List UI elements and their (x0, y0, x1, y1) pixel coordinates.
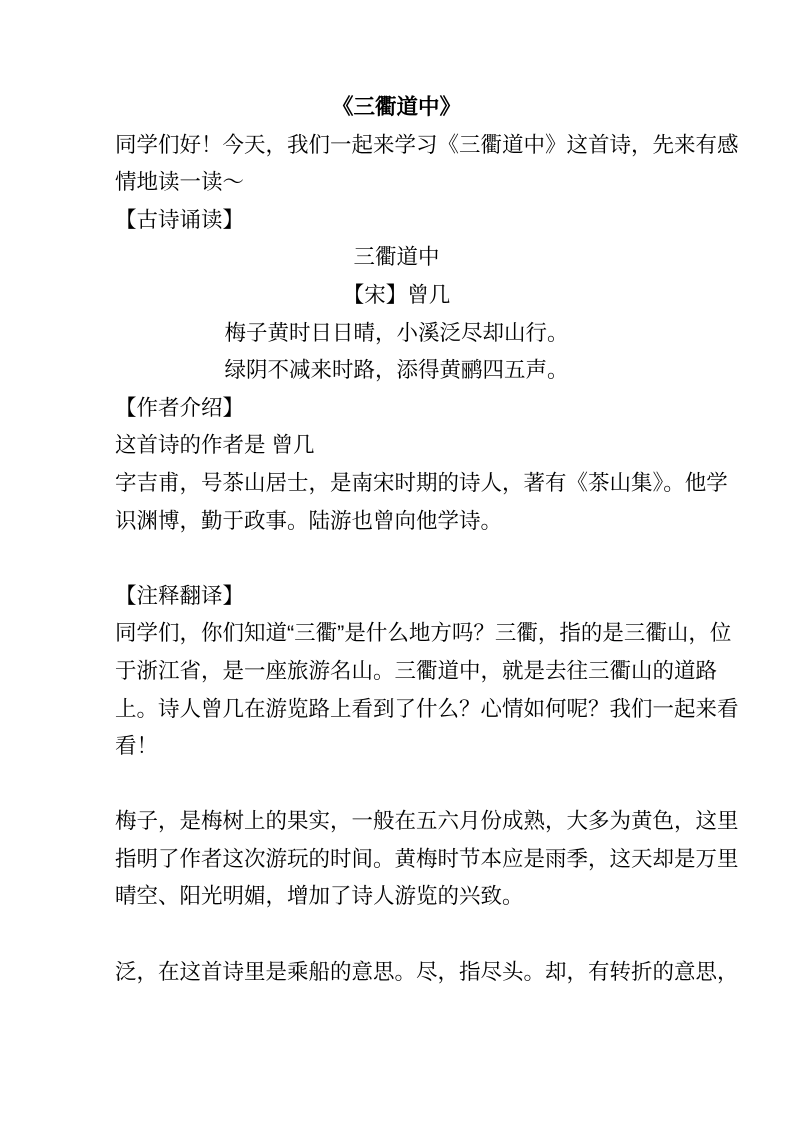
section-header-annotation: 【注释翻译】 (115, 578, 678, 616)
blank-line (115, 766, 678, 804)
document-page: 《三衢道中》 同学们好！今天，我们一起来学习《三衢道中》这首诗，先来有感 情地读… (0, 0, 793, 1123)
author-intro-line: 这首诗的作者是 曾几 (115, 427, 678, 465)
intro-line: 情地读一读～ (115, 164, 678, 202)
section-header-recitation: 【古诗诵读】 (115, 202, 678, 240)
author-intro-line: 识渊博，勤于政事。陆游也曾向他学诗。 (115, 503, 678, 541)
section-header-author: 【作者介绍】 (115, 390, 678, 428)
document-content: 《三衢道中》 同学们好！今天，我们一起来学习《三衢道中》这首诗，先来有感 情地读… (115, 89, 678, 991)
annotation-line: 晴空、阳光明媚，增加了诗人游览的兴致。 (115, 878, 678, 916)
blank-line (115, 540, 678, 578)
annotation-line: 于浙江省，是一座旅游名山。三衢道中，就是去往三衢山的道路 (115, 653, 678, 691)
annotation-line: 梅子，是梅树上的果实，一般在五六月份成熟，大多为黄色，这里 (115, 803, 678, 841)
doc-title: 《三衢道中》 (115, 89, 678, 127)
blank-line (115, 916, 678, 954)
intro-line: 同学们好！今天，我们一起来学习《三衢道中》这首诗，先来有感 (115, 127, 678, 165)
poem-title: 三衢道中 (115, 239, 678, 277)
author-intro-line: 字吉甫，号茶山居士，是南宋时期的诗人，著有《茶山集》。他学 (115, 465, 678, 503)
annotation-line: 泛，在这首诗里是乘船的意思。尽，指尽头。却，有转折的意思， (115, 954, 678, 992)
poem-line: 梅子黄时日日晴，小溪泛尽却山行。 (115, 315, 678, 353)
annotation-line: 指明了作者这次游玩的时间。黄梅时节本应是雨季，这天却是万里 (115, 841, 678, 879)
annotation-line: 看！ (115, 728, 678, 766)
poem-line: 绿阴不减来时路，添得黄鹂四五声。 (115, 352, 678, 390)
poem-author: 【宋】曾几 (115, 277, 678, 315)
annotation-line: 同学们，你们知道“三衢”是什么地方吗？三衢，指的是三衢山，位 (115, 615, 678, 653)
annotation-line: 上。诗人曾几在游览路上看到了什么？心情如何呢？我们一起来看 (115, 691, 678, 729)
